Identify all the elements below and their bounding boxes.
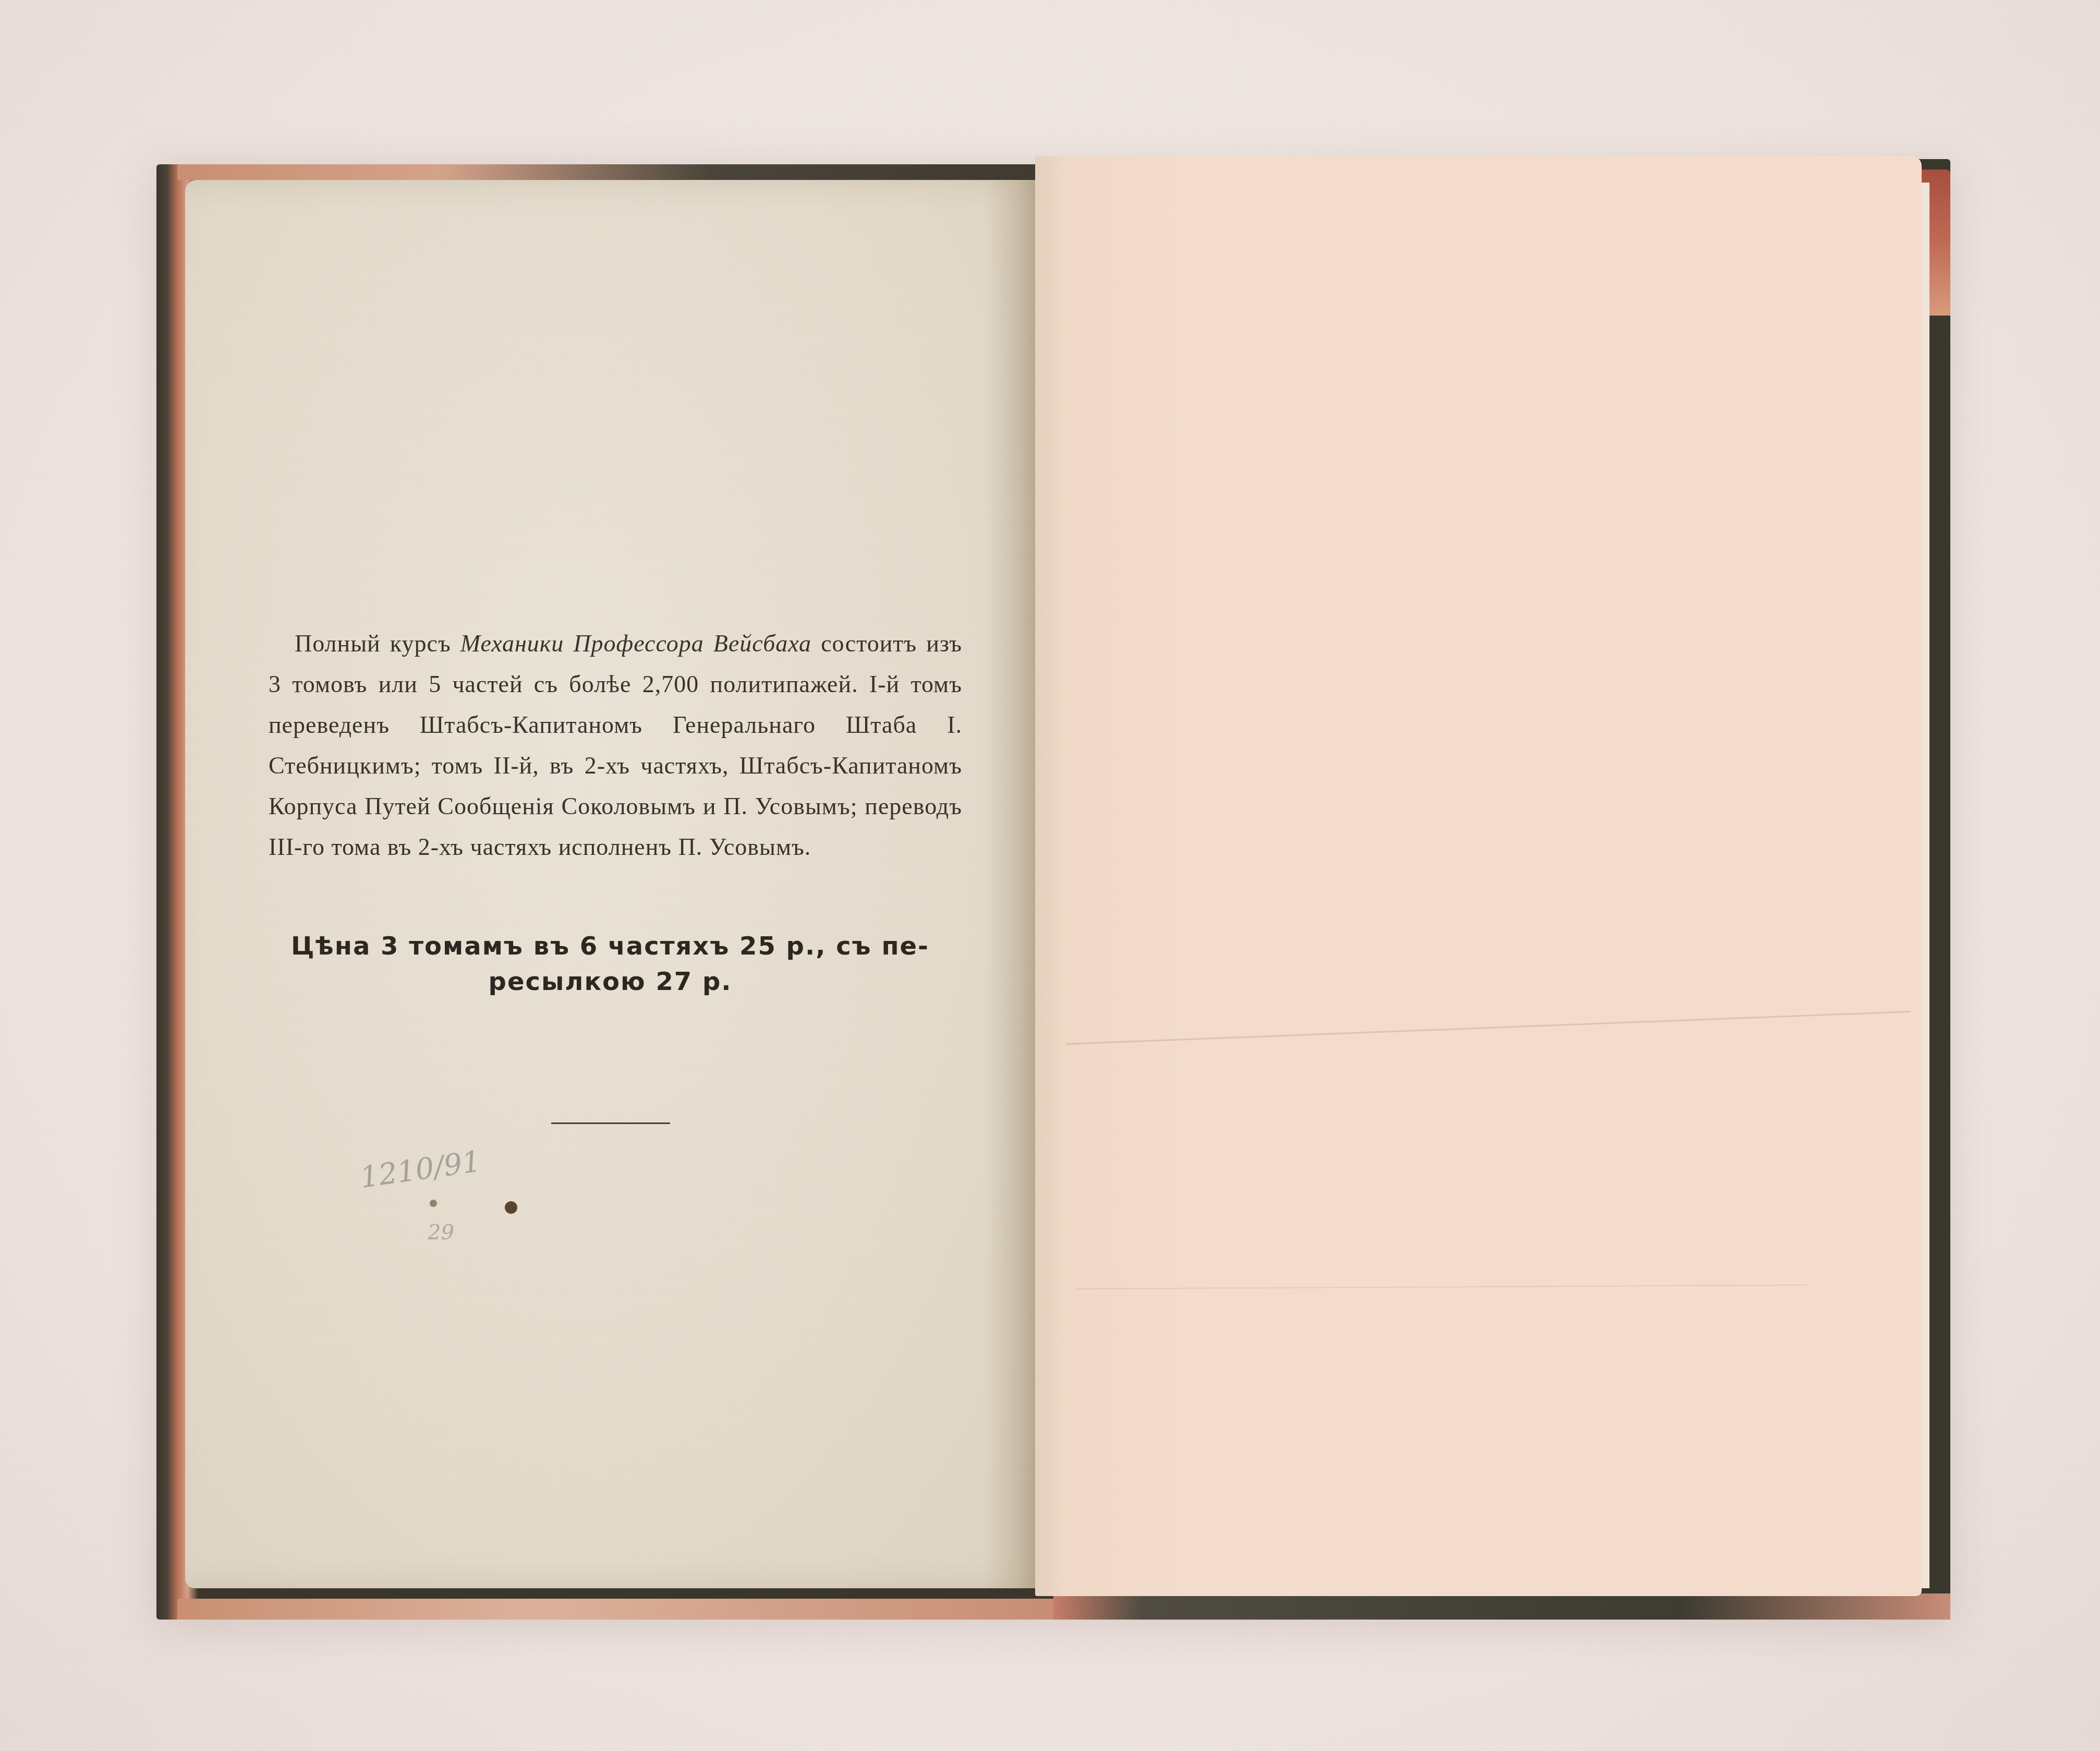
ink-spot xyxy=(505,1201,517,1214)
right-page-blank xyxy=(1035,156,1922,1596)
left-cover-bottom-edge xyxy=(177,1599,1064,1620)
price-line-1: Цѣна 3 томамъ въ 6 частяхъ 25 р., съ пе- xyxy=(245,928,975,964)
right-cover-bottom-edge xyxy=(1053,1593,1950,1620)
note-lead: Полный курсъ xyxy=(295,630,460,657)
work-title: Механики Профессора Вейсбаха xyxy=(460,630,811,657)
publication-note: Полный курсъ Механики Профессора Вейсбах… xyxy=(269,623,962,867)
left-page xyxy=(185,180,1046,1588)
page-crease-lower xyxy=(1077,1285,1807,1289)
price-line-2: ресылкою 27 р. xyxy=(245,964,975,999)
note-paragraph: Полный курсъ Механики Профессора Вейсбах… xyxy=(269,623,962,867)
price-notice: Цѣна 3 томамъ въ 6 частяхъ 25 р., съ пе-… xyxy=(245,928,975,999)
left-cover-top-edge xyxy=(177,164,1064,180)
pencil-note-number: 29 xyxy=(428,1221,454,1245)
note-body: состоитъ изъ 3 томовъ или 5 частей съ бо… xyxy=(269,630,962,860)
page-crease xyxy=(1066,1011,1911,1045)
ink-spot-small xyxy=(430,1200,437,1207)
divider-rule xyxy=(551,1122,670,1124)
